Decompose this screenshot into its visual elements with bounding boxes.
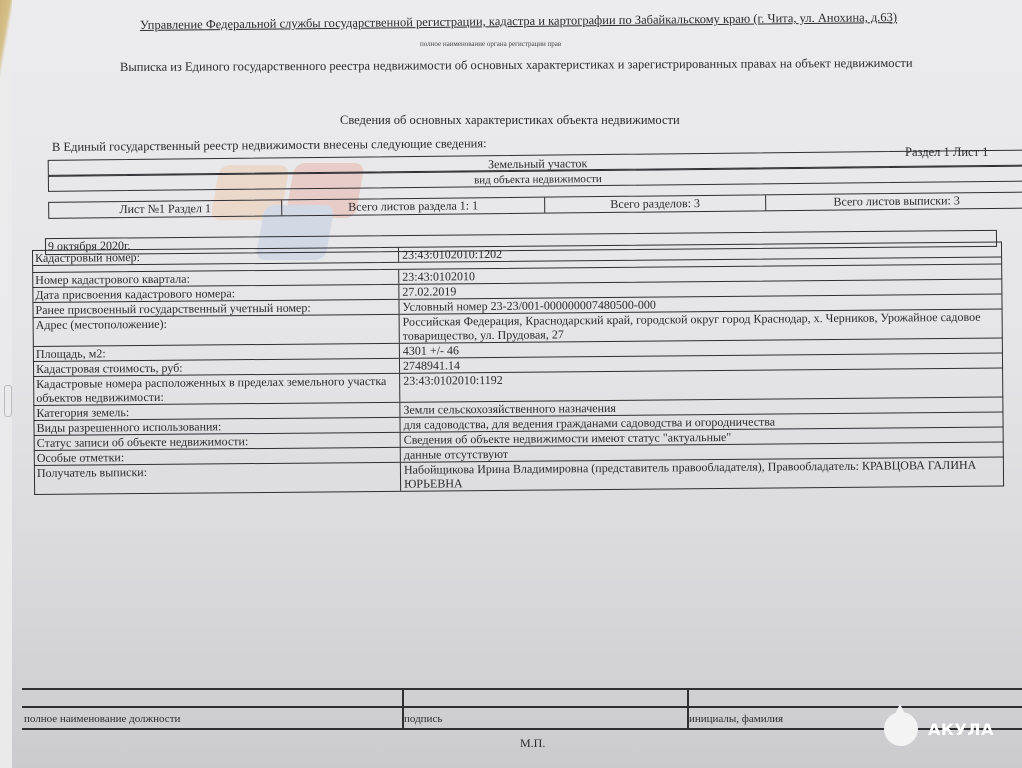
sheets-in-section: Всего листов раздела 1: 1 <box>282 198 545 216</box>
stamp-placeholder: М.П. <box>520 736 545 751</box>
organization-caption: полное наименование органа регистрации п… <box>420 40 561 48</box>
brand-watermark: АКУЛА <box>884 712 994 746</box>
row-value: Российская Федерация, Краснодарский край… <box>400 310 1002 343</box>
name-caption: инициалы, фамилия <box>689 713 783 725</box>
row-label: Получатель выписки: <box>35 463 401 494</box>
shark-logo-icon <box>884 712 918 746</box>
signature-caption: подпись <box>404 713 442 725</box>
section-title: Сведения об основных характеристиках объ… <box>340 113 680 128</box>
row-label: Адрес (местоположение): <box>34 315 400 346</box>
row-label: Кадастровые номера расположенных в преде… <box>34 374 400 405</box>
characteristics-table: Кадастровый номер: 23:43:0102010:1202 Но… <box>32 242 1004 495</box>
brand-name: АКУЛА <box>928 720 994 739</box>
row-value: Набойщикова Ирина Владимировна (представ… <box>401 458 1003 491</box>
position-caption: полное наименование должности <box>24 713 180 725</box>
total-sections: Всего разделов: 3 <box>545 195 766 212</box>
total-sheets: Всего листов выписки: 3 <box>766 193 1022 211</box>
sheet-number: Лист №1 Раздел 1 <box>49 200 282 217</box>
signature-block: полное наименование должности подпись ин… <box>22 688 1022 728</box>
row-value: 23:43:0102010:1192 <box>400 369 1002 402</box>
